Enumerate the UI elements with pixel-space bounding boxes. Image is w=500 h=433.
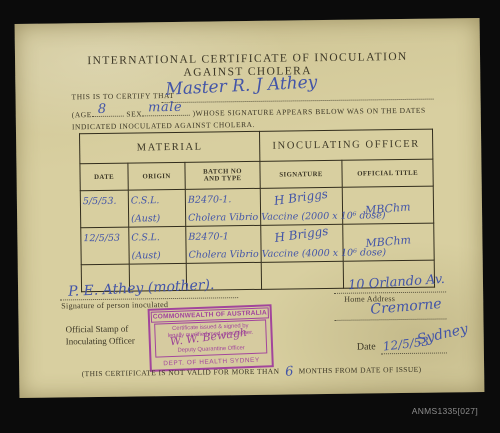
validity-months-handwriting: 6 [284,364,294,380]
sex-label: SEX [126,109,142,118]
col-header-origin: ORIGIN [128,162,185,190]
col-header-batch: BATCH NO AND TYPE [185,161,260,189]
stamp-body: Certificate issued & signed by legally q… [154,319,267,357]
inoculation-table: MATERIAL INOCULATING OFFICER DATE ORIGIN… [79,129,435,293]
home-address-line2 [334,317,446,320]
place-value-handwriting: Sydney [416,321,470,348]
row2-origin-line2: (Aust) [132,250,161,261]
sex-value-handwriting: male [148,100,182,115]
certificate-document: INTERNATIONAL CERTIFICATE OF INOCULATION… [15,18,485,398]
col-header-date: DATE [80,163,128,191]
validity-pre: (THIS CERTIFICATE IS NOT VALID FOR MORE … [82,367,280,379]
official-stamp-label: Official Stamp of Inoculating Officer [65,322,137,347]
group-header-material: MATERIAL [80,131,260,163]
row2-date: 12/5/53 [83,233,120,244]
row2-official-title: MBChm [365,234,411,249]
table-row: 12/5/53 C.S.L.(Aust) B2470-1Cholera Vibr… [81,223,434,265]
row2-origin-line1: C.S.L. [131,232,160,243]
group-header-officer: INOCULATING OFFICER [260,129,433,161]
col-header-official-title: OFFICIAL TITLE [342,159,433,187]
clause-line2: INDICATED INOCULATED AGAINST CHOLERA. [72,120,255,131]
catalog-number: ANMS1335[027] [412,406,478,416]
age-label: (AGE [72,110,92,119]
row2-officer-signature: H Briggs [274,226,329,244]
row1-batch-no: B2470-1. [188,194,232,206]
row1-origin-line1: C.S.L. [131,195,160,206]
validity-line: (THIS CERTIFICATE IS NOT VALID FOR MORE … [19,362,484,383]
row1-origin-line2: (Aust) [131,213,160,224]
row1-official-title: MBChm [365,201,411,216]
health-department-stamp: COMMONWEALTH OF AUSTRALIA Certificate is… [148,304,274,372]
col-header-signature: SIGNATURE [260,160,342,188]
certify-dotted-line [162,98,434,104]
row1-officer-signature: H Briggs [274,189,329,207]
table-row: 5/5/53. C.S.L.(Aust) B2470-1.Cholera Vib… [80,186,433,228]
age-value-handwriting: 8 [98,102,107,117]
date-label: Date [357,341,376,352]
row1-date: 5/5/53. [83,196,117,207]
row2-batch-no: B2470-1 [188,231,229,243]
age-field: 8 [92,116,124,117]
sex-field: male [142,115,190,117]
clause-line1: )WHOSE SIGNATURE APPEARS BELOW WAS ON TH… [193,106,426,118]
validity-post: MONTHS FROM DATE OF ISSUE) [299,365,422,376]
